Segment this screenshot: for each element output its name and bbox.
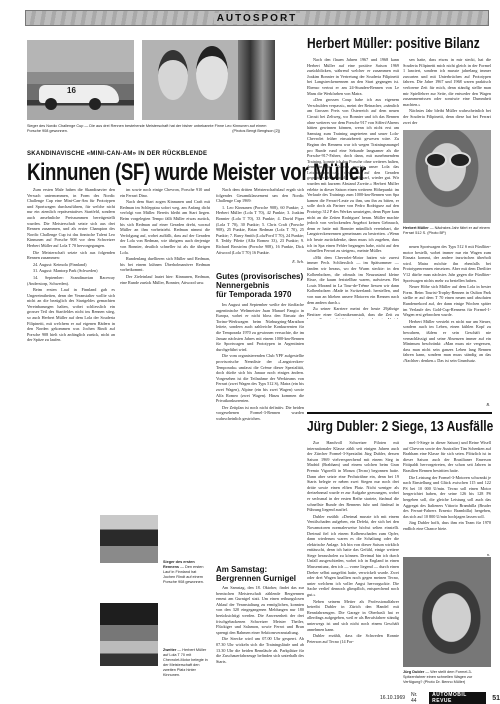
race-car-photo: 16 [27,40,134,120]
car-number: 16 [67,86,76,95]
mueller-race-photo [100,603,158,666]
rindt-race-photo [100,515,158,563]
section-divider [307,412,492,414]
mueller-signature: B. [470,402,490,408]
main-article-signature: E. Sch. [280,259,304,265]
article-kicker: SKANDINAVISCHE «MINI-CAN-AM» IN DER RÜCK… [27,151,207,157]
dubler-photo-caption: Jürg Dubler — Wer stellt dem Formel-3-Sp… [403,670,491,685]
main-article-col2: im sowie noch einige Chevron, Porsche 91… [120,187,210,507]
section-title: AUTOSPORT [214,13,301,24]
page-footer: 16.10.1969 Nr. 44 AUTOMOBIL REVUE 51 [380,692,500,704]
kinnunen-portrait-photo [142,40,275,120]
gurnigel-body: Am Samstag, den 18. Oktober, findet das … [216,585,304,685]
herbert-mueller-portrait [403,130,491,223]
photo-caption-first-race: Sieger des ersten Rennens — Den ersten L… [163,560,208,585]
gurnigel-headline: Am Samstag: Bergrennen Gurnigel [216,565,306,583]
photo-caption-second: Zweiter — Herbert Müller auf Lola T 70 m… [163,648,208,678]
temporada-headline: Gutes (provisorisches) Nennergebnis für … [216,272,306,299]
footer-issue: Nr. 44 [411,692,423,704]
mueller-col1: Nach den flauen Jahren 1967 und 1968 kan… [307,57,399,319]
mueller-photo-caption: Herbert Müller — Nächstes Jahr fährt er … [403,226,491,236]
top-photo-credit: (Photos Bengt Bengtson [2]) [210,129,280,134]
dubler-headline: Jürg Dubler: 2 Siege, 13 Ausfälle [307,418,493,435]
section-banner: AUTOSPORT [25,10,489,26]
main-article-col1: Zum ersten Male haben die Skandinavier d… [27,187,115,487]
publication-logo: AUTOMOBIL REVUE [429,692,486,704]
mueller-headline: Herbert Müller: positive Bilanz [307,35,480,52]
dubler-col1: Zur Handvoll Schweizer Piloten mit inter… [307,440,399,684]
temporada-body: Im August und September weilte der fünff… [216,302,304,542]
mueller-col2-bottom: neuen Sportwagen des Typs 512 S mit Fünf… [403,244,491,392]
mueller-col2-top: sen hatte, dass etwas in mir steckt, hat… [403,57,491,125]
main-article-col3: Nach dem dritten Meisterschaftslauf erga… [216,187,304,257]
dubler-col2: mel-3-Siege in dieser Saison) und Reine … [403,440,491,552]
juerg-dubler-portrait [403,557,491,667]
page-number: 51 [492,695,500,702]
footer-date: 16.10.1969 [380,695,405,701]
